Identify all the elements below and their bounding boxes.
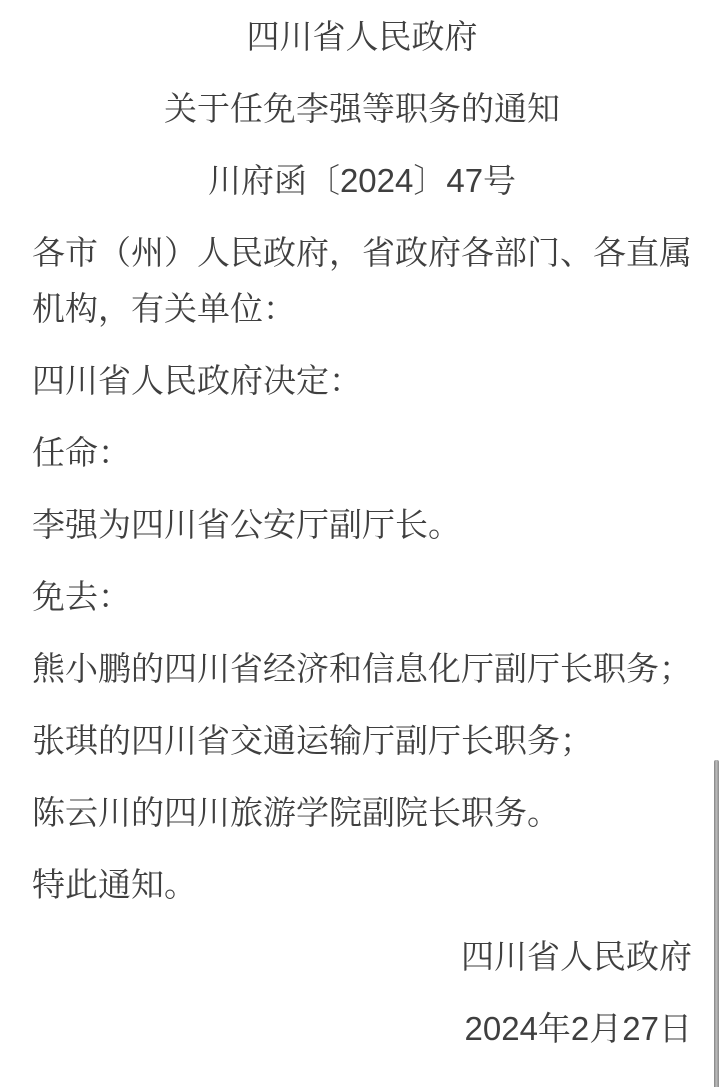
doc-issuer: 四川省人民政府 — [32, 9, 692, 65]
appoint-heading: 任命： — [32, 425, 692, 481]
removal-item: 陈云川的四川旅游学院副院长职务。 — [32, 785, 692, 841]
removal-item: 熊小鹏的四川省经济和信息化厅副厅长职务； — [32, 641, 692, 697]
removal-item: 张琪的四川省交通运输厅副厅长职务； — [32, 713, 692, 769]
signature-date: 2024年2月27日 — [32, 1001, 692, 1057]
signature-name: 四川省人民政府 — [32, 929, 692, 985]
addressee-line: 各市（州）人民政府，省政府各部门、各直属机构，有关单位： — [32, 225, 692, 337]
doc-number: 川府函〔2024〕47号 — [32, 153, 692, 209]
decision-line: 四川省人民政府决定： — [32, 353, 692, 409]
remove-heading: 免去： — [32, 569, 692, 625]
doc-title: 关于任免李强等职务的通知 — [32, 81, 692, 137]
scrollbar-thumb[interactable] — [714, 760, 719, 1087]
document-page: 四川省人民政府 关于任免李强等职务的通知 川府函〔2024〕47号 各市（州）人… — [0, 0, 720, 1057]
appointment-item: 李强为四川省公安厅副厅长。 — [32, 497, 692, 553]
closing-line: 特此通知。 — [32, 857, 692, 913]
